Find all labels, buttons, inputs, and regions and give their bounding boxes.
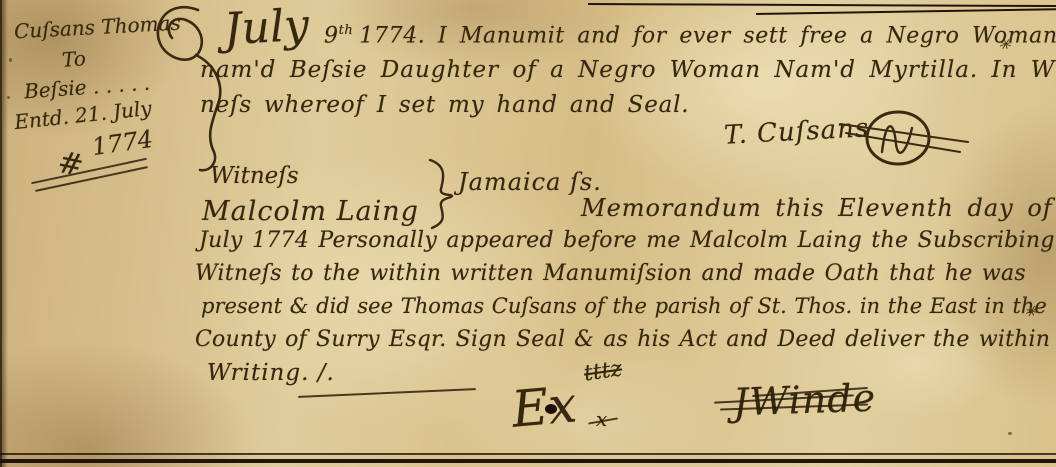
day-number: 9 — [324, 23, 339, 48]
paper-speck — [9, 58, 12, 62]
memorandum-line: present & did see Thomas Cuſsans of the … — [201, 295, 1047, 318]
manuscript-page: Cuſsans Thomas To Beſsie . . . . . Entd.… — [0, 0, 1056, 467]
jamaica-brace — [424, 156, 458, 230]
docket-connector: To — [61, 47, 86, 71]
body-line-2: nam'd Beſsie Daughter of a Negro Woman N… — [200, 58, 1056, 83]
jurisdiction-label: Jamaica ſs. — [458, 169, 602, 195]
witness-name: Malcolm Laing — [202, 197, 419, 227]
paper-speck — [7, 96, 10, 99]
paper-speck — [1008, 432, 1012, 435]
memorandum-line: Memorandum this Eleventh day of — [581, 195, 1053, 221]
body-line-1: 9th1774. I Manumit and for ever sett fre… — [324, 24, 1056, 49]
top-rule-upper — [588, 3, 1056, 7]
memorandum-line: July 1774 Personally appeared before me … — [199, 229, 1055, 253]
seal-mark — [836, 102, 976, 172]
body-line-3: neſs whereof I set my hand and Seal. — [200, 93, 689, 118]
witness-label: Witneſs — [210, 164, 299, 189]
memorandum-line: Witneſs to the within written Manumiſsio… — [195, 262, 1026, 286]
closing-underline-flourish — [298, 388, 476, 398]
body-line-1-text: 1774. I Manumit and for ever sett free a… — [359, 23, 1056, 48]
memorandum-line: Writing. /. — [207, 361, 335, 386]
top-rule-lower — [756, 8, 1056, 15]
memorandum-line: County of Surry Esqr. Sign Seal & as his… — [195, 328, 1050, 352]
left-gutter-shadow — [0, 0, 8, 467]
body-opening-word: July — [223, 2, 310, 55]
bottom-rule-upper — [0, 453, 1056, 455]
examined-flourish: tttz — [583, 357, 624, 386]
ink-blot — [545, 404, 557, 414]
bottom-rule-lower — [0, 459, 1056, 463]
ordinal-suffix: th — [339, 23, 354, 38]
